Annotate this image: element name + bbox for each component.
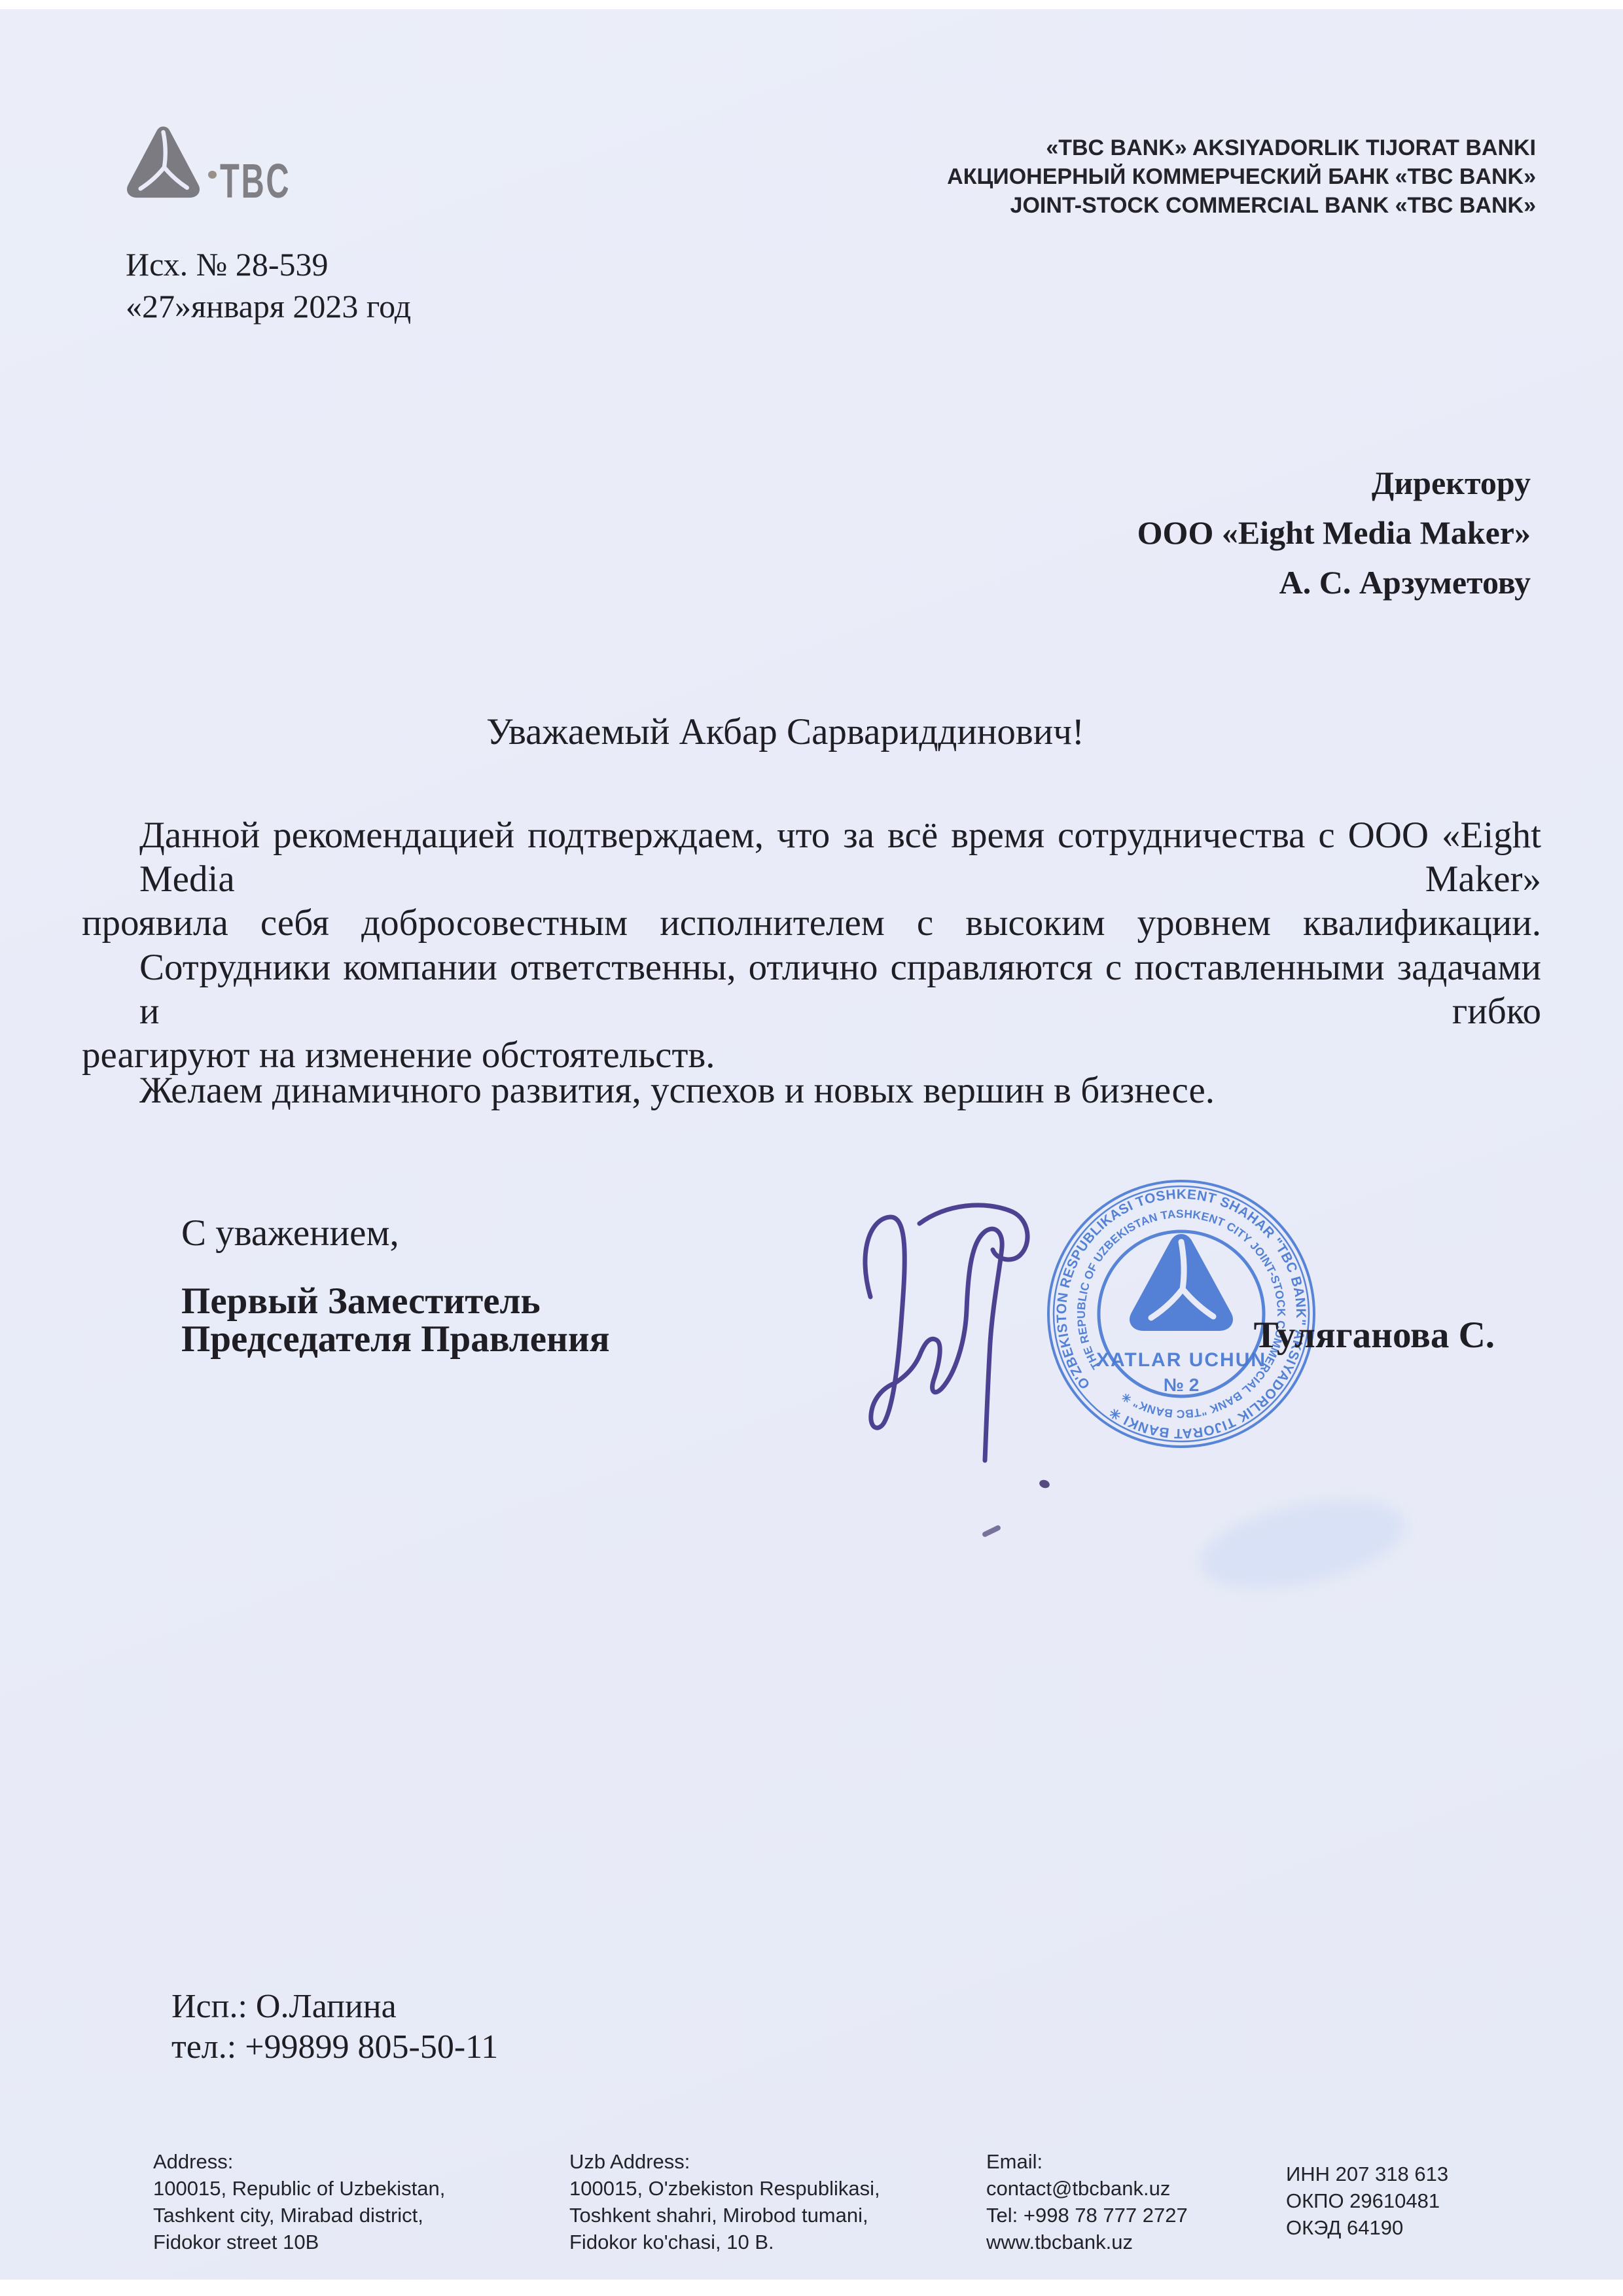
footer-line: Fidokor ko'chasi, 10 B. bbox=[569, 2229, 880, 2255]
footer-website: www.tbcbank.uz bbox=[986, 2229, 1188, 2255]
executor-name: Исп.: О.Лапина bbox=[171, 1987, 498, 2027]
footer-okpo: ОКПО 29610481 bbox=[1286, 2187, 1448, 2214]
handwritten-signature bbox=[821, 1192, 1044, 1474]
body-paragraph-3: Желаем динамичного развития, успехов и н… bbox=[82, 1069, 1541, 1112]
executor-phone: тел.: +99899 805-50-11 bbox=[171, 2027, 498, 2068]
addressee-person: А. С. Арзуметову bbox=[1137, 557, 1531, 607]
executor-block: Исп.: О.Лапина тел.: +99899 805-50-11 bbox=[171, 1987, 498, 2068]
bank-name-uz: «TBC BANK» AKSIYADORLIK TIJORAT BANKI bbox=[947, 133, 1536, 162]
logo-separator-dot bbox=[208, 171, 217, 179]
paper-background bbox=[0, 9, 1623, 2280]
body-paragraph-2: Сотрудники компании ответственны, отличн… bbox=[82, 945, 1541, 1077]
footer-registration: ИНН 207 318 613 ОКПО 29610481 ОКЭД 64190 bbox=[1286, 2161, 1448, 2241]
footer-line: 100015, Republic of Uzbekistan, bbox=[153, 2175, 445, 2202]
bank-name-ru: АКЦИОНЕРНЫЙ КОММЕРЧЕСКИЙ БАНК «TBC BANK» bbox=[947, 162, 1536, 191]
tbc-triangle-logo-icon bbox=[124, 124, 203, 200]
bank-name-en: JOINT-STOCK COMMERCIAL BANK «TBC BANK» bbox=[947, 191, 1536, 220]
paragraph-line: Данной рекомендацией подтверждаем, что з… bbox=[82, 813, 1541, 901]
reference-block: Исх. № 28-539 «27»января 2023 год bbox=[126, 243, 411, 327]
paragraph-line: Сотрудники компании ответственны, отличн… bbox=[82, 945, 1541, 1033]
footer-line: Fidokor street 10B bbox=[153, 2229, 445, 2255]
position-line: Первый Заместитель bbox=[181, 1282, 610, 1320]
footer-phone: Tel: +998 78 777 2727 bbox=[986, 2202, 1188, 2229]
paragraph-line: проявила себя добросовестным исполнителе… bbox=[82, 901, 1541, 945]
footer-line: Toshkent shahri, Mirobod tumani, bbox=[569, 2202, 880, 2229]
addressee-block: Директору ООО «Eight Media Maker» А. С. … bbox=[1137, 458, 1531, 607]
regards-line: С уважением, bbox=[181, 1212, 399, 1254]
signer-name: Туляганова С. bbox=[1254, 1314, 1495, 1356]
paragraph-line: Желаем динамичного развития, успехов и н… bbox=[82, 1069, 1541, 1112]
footer-line: 100015, O'zbekiston Respublikasi, bbox=[569, 2175, 880, 2202]
bank-name-header: «TBC BANK» AKSIYADORLIK TIJORAT BANKI АК… bbox=[947, 133, 1536, 220]
footer-inn: ИНН 207 318 613 bbox=[1286, 2161, 1448, 2187]
tbc-logo-text: TBC bbox=[220, 153, 291, 209]
reference-number: Исх. № 28-539 bbox=[126, 243, 411, 285]
footer-title: Address: bbox=[153, 2148, 445, 2175]
stamp-center-text: XATLAR UCHUN bbox=[1096, 1349, 1266, 1371]
position-line: Председателя Правления bbox=[181, 1320, 610, 1358]
footer-email: contact@tbcbank.uz bbox=[986, 2175, 1188, 2202]
addressee-title: Директору bbox=[1137, 458, 1531, 508]
signer-position: Первый Заместитель Председателя Правлени… bbox=[181, 1282, 610, 1358]
footer-oked: ОКЭД 64190 bbox=[1286, 2214, 1448, 2241]
stamp-number-text: № 2 bbox=[1164, 1375, 1200, 1395]
footer-title: Email: bbox=[986, 2148, 1188, 2175]
footer-contacts: Email: contact@tbcbank.uz Tel: +998 78 7… bbox=[986, 2148, 1188, 2255]
scanned-letter-page: TBC «TBC BANK» AKSIYADORLIK TIJORAT BANK… bbox=[0, 0, 1623, 2296]
salutation: Уважаемый Акбар Сарвариддинович! bbox=[82, 711, 1489, 753]
reference-date: «27»января 2023 год bbox=[126, 285, 411, 327]
addressee-company: ООО «Eight Media Maker» bbox=[1137, 508, 1531, 557]
footer-address-en: Address: 100015, Republic of Uzbekistan,… bbox=[153, 2148, 445, 2255]
footer-title: Uzb Address: bbox=[569, 2148, 880, 2175]
footer-address-uz: Uzb Address: 100015, O'zbekiston Respubl… bbox=[569, 2148, 880, 2255]
body-paragraph-1: Данной рекомендацией подтверждаем, что з… bbox=[82, 813, 1541, 945]
footer-line: Tashkent city, Mirabad district, bbox=[153, 2202, 445, 2229]
